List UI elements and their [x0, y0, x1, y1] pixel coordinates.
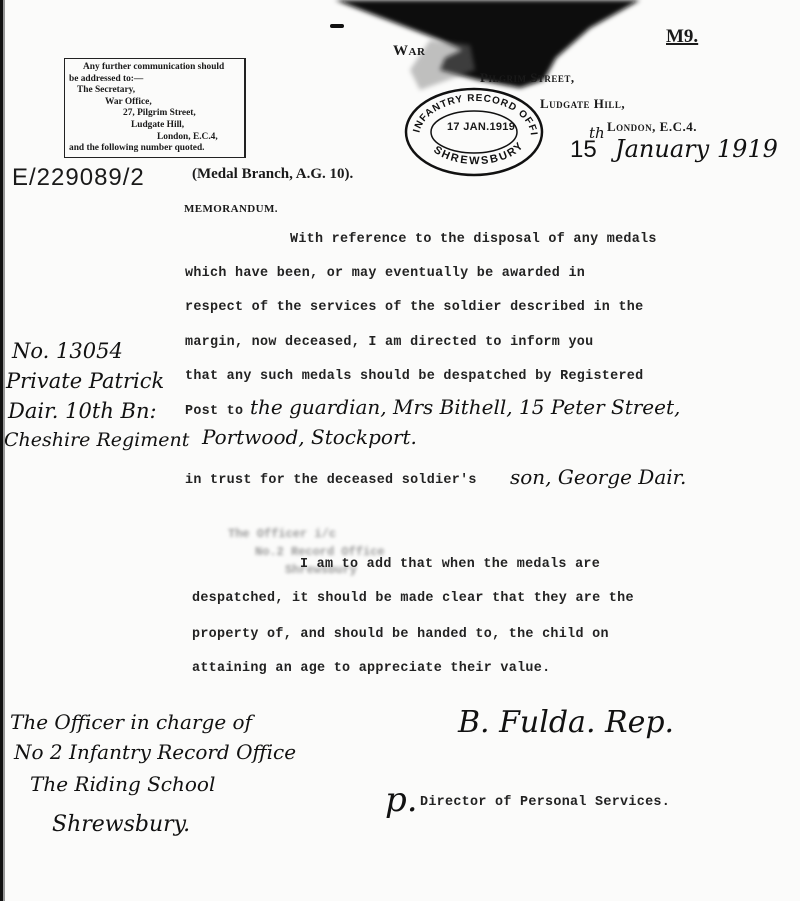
record-office-stamp: INFANTRY RECORD OFFICE SHREWSBURY 17 JAN…: [403, 85, 546, 177]
body-line: property of, and should be handed to, th…: [192, 627, 609, 642]
per-mark: p.: [385, 780, 418, 820]
memo-heading: MEMORANDUM.: [184, 203, 278, 215]
guardian-address-line1: the guardian, Mrs Bithell, 15 Peter Stre…: [250, 393, 680, 422]
body-line: margin, now deceased, I am directed to i…: [185, 335, 593, 350]
body-line: which have been, or may eventually be aw…: [185, 266, 585, 281]
addressee-line: Shrewsbury.: [52, 812, 190, 837]
date-suffix: th: [589, 124, 605, 142]
notice-line: London, E.C.4,: [69, 132, 240, 144]
notice-line: War Office,: [69, 97, 240, 109]
signature: B. Fulda. Rep.: [458, 705, 674, 740]
body-line: I am to add that when the medals are: [300, 557, 600, 572]
addressee-line: The Riding School: [30, 772, 215, 796]
body-line: despatched, it should be made clear that…: [192, 591, 634, 606]
body-line: attaining an age to appreciate their val…: [192, 661, 550, 676]
notice-line: Any further communication should: [69, 62, 240, 74]
letterhead-area: Ludgate Hill,: [540, 96, 625, 112]
letterhead-city: London, E.C.4.: [607, 119, 697, 135]
correspondence-notice-box: Any further communication should be addr…: [64, 58, 246, 158]
beneficiary-name: son, George Dair.: [510, 463, 686, 492]
reference-number: E/229089/2: [12, 164, 145, 192]
body-line: that any such medals should be despatche…: [185, 369, 643, 384]
notice-line: and the following number quoted.: [69, 143, 240, 155]
soldier-regiment: Cheshire Regiment: [4, 425, 189, 455]
notice-line: 27, Pilgrim Street,: [69, 108, 240, 120]
soldier-number: No. 13054: [12, 336, 123, 366]
soldier-rank-name: Private Patrick: [6, 366, 164, 396]
stamp-date: 17 JAN.1919: [447, 121, 515, 133]
signatory-title: Director of Personal Services.: [420, 795, 670, 810]
body-line: Post to: [185, 404, 243, 419]
notice-line: Ludgate Hill,: [69, 120, 240, 132]
bleed-through-text: The Officer i/c: [228, 527, 336, 541]
addressee-line: The Officer in charge of: [10, 710, 252, 734]
branch-label: (Medal Branch, A.G. 10).: [192, 166, 353, 183]
addressee-line: No 2 Infantry Record Office: [14, 740, 296, 764]
body-line: respect of the services of the soldier d…: [185, 300, 643, 315]
letterhead-war: War: [393, 43, 425, 60]
notice-line: be addressed to:—: [69, 74, 240, 86]
notice-line: The Secretary,: [69, 85, 240, 97]
letterhead-street: Pilgrim Street,: [480, 70, 575, 86]
soldier-surname-battalion: Dair. 10th Bn:: [8, 396, 157, 426]
body-line: With reference to the disposal of any me…: [290, 232, 657, 247]
date-month-year: January 1919: [615, 135, 778, 163]
reference-mark: M9.: [666, 26, 698, 48]
guardian-address-line2: Portwood, Stockport.: [202, 423, 417, 452]
trust-line: in trust for the deceased soldier's: [185, 473, 477, 488]
